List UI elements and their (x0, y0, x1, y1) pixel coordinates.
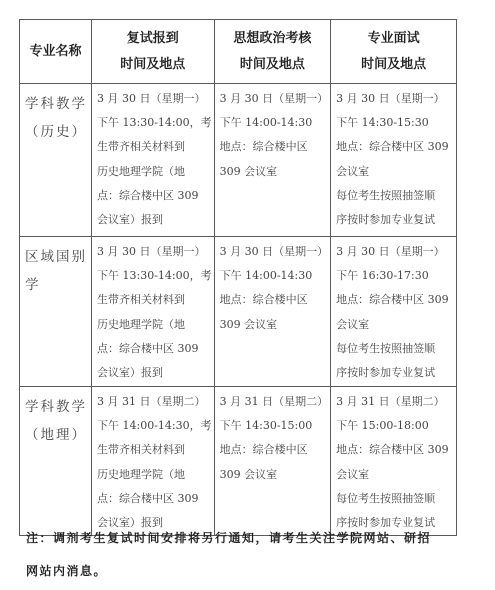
interview-time: 下午 15:00-18:00 (336, 414, 454, 438)
politics-room: 309 会议室 (220, 313, 329, 337)
interview-room: 会议室 (336, 463, 454, 487)
interview-instruction: 序按时参加专业复试 (336, 208, 454, 232)
politics-cell: 3 月 30 日（星期一） 下午 14:00-14:30 地点：综合楼中区 30… (214, 237, 331, 387)
interview-instruction: 每位考生按照抽签顺 (336, 337, 454, 361)
interview-instruction: 序按时参加专业复试 (336, 361, 454, 385)
interview-cell: 3 月 30 日（星期一） 下午 14:30-15:30 地点：综合楼中区 30… (331, 84, 457, 237)
major-cell: 学科教学 （历史） (20, 84, 92, 237)
header-interview: 专业面试 时间及地点 (331, 20, 457, 84)
politics-date: 3 月 31 日（星期二） (220, 390, 329, 414)
interview-date: 3 月 31 日（星期二） (336, 390, 454, 414)
checkin-date: 3 月 30 日（星期一） (97, 87, 212, 111)
table-row: 学科教学 （历史） 3 月 30 日（星期一） 下午 13:30-14:00，考… (20, 84, 457, 237)
politics-location: 地点：综合楼中区 (220, 135, 329, 159)
politics-cell: 3 月 31 日（星期二） 下午 14:30-15:00 地点：综合楼中区 30… (214, 387, 331, 536)
interview-cell: 3 月 30 日（星期一） 下午 16:30-17:30 地点：综合楼中区 30… (331, 237, 457, 387)
interview-date: 3 月 30 日（星期一） (336, 240, 454, 264)
interview-time: 下午 14:30-15:30 (336, 111, 454, 135)
footnote-line: 注：调剂考生复试时间安排将另行通知，请考生关注学院网站、研招 (26, 522, 466, 555)
checkin-line: 生带齐相关材料到 (97, 438, 212, 462)
major-cell: 学科教学 （地理） (20, 387, 92, 536)
checkin-date: 3 月 31 日（星期二） (97, 390, 212, 414)
checkin-cell: 3 月 30 日（星期一） 下午 13:30-14:00，考 生带齐相关材料到 … (92, 84, 215, 237)
header-checkin-subtitle: 时间及地点 (92, 52, 214, 78)
checkin-date: 3 月 30 日（星期一） (97, 240, 212, 264)
politics-date: 3 月 30 日（星期一） (220, 87, 329, 111)
header-politics: 思想政治考核 时间及地点 (214, 20, 331, 84)
header-major-label: 专业名称 (29, 44, 81, 59)
checkin-line: 点：综合楼中区 309 (97, 487, 212, 511)
checkin-line: 生带齐相关材料到 (97, 135, 212, 159)
checkin-line: 点：综合楼中区 309 (97, 184, 212, 208)
checkin-line: 下午 14:00-14:30，考 (97, 414, 212, 438)
interview-location: 地点：综合楼中区 309 (336, 135, 454, 159)
politics-cell: 3 月 30 日（星期一） 下午 14:00-14:30 地点：综合楼中区 30… (214, 84, 331, 237)
politics-location: 地点：综合楼中区 (220, 288, 329, 312)
checkin-line: 会议室）报到 (97, 361, 212, 385)
checkin-line: 历史地理学院（地 (97, 160, 212, 184)
major-subname: 学 (25, 271, 88, 299)
footnote-line: 网站内消息。 (26, 555, 466, 588)
checkin-line: 下午 13:30-14:00，考 (97, 111, 212, 135)
checkin-line: 点：综合楼中区 309 (97, 337, 212, 361)
schedule-table: 专业名称 复试报到 时间及地点 思想政治考核 时间及地点 专业面试 时间及地点 … (19, 19, 457, 536)
header-checkin: 复试报到 时间及地点 (92, 20, 215, 84)
header-row: 专业名称 复试报到 时间及地点 思想政治考核 时间及地点 专业面试 时间及地点 (20, 20, 457, 84)
footnote: 注：调剂考生复试时间安排将另行通知，请考生关注学院网站、研招 网站内消息。 (26, 522, 466, 588)
politics-location: 地点：综合楼中区 (220, 438, 329, 462)
major-subname: （历史） (25, 118, 88, 146)
major-name: 学科教学 (25, 90, 88, 118)
interview-location: 地点：综合楼中区 309 (336, 438, 454, 462)
politics-date: 3 月 30 日（星期一） (220, 240, 329, 264)
interview-location: 地点：综合楼中区 309 (336, 288, 454, 312)
interview-instruction: 每位考生按照抽签顺 (336, 487, 454, 511)
checkin-line: 历史地理学院（地 (97, 463, 212, 487)
interview-instruction: 每位考生按照抽签顺 (336, 184, 454, 208)
politics-time: 下午 14:00-14:30 (220, 111, 329, 135)
interview-room: 会议室 (336, 160, 454, 184)
major-cell: 区域国别 学 (20, 237, 92, 387)
table-row: 学科教学 （地理） 3 月 31 日（星期二） 下午 14:00-14:30，考… (20, 387, 457, 536)
checkin-line: 会议室）报到 (97, 208, 212, 232)
interview-room: 会议室 (336, 313, 454, 337)
interview-time: 下午 16:30-17:30 (336, 264, 454, 288)
checkin-cell: 3 月 30 日（星期一） 下午 13:30-14:00，考 生带齐相关材料到 … (92, 237, 215, 387)
checkin-line: 生带齐相关材料到 (97, 288, 212, 312)
checkin-cell: 3 月 31 日（星期二） 下午 14:00-14:30，考 生带齐相关材料到 … (92, 387, 215, 536)
politics-room: 309 会议室 (220, 463, 329, 487)
header-checkin-title: 复试报到 (92, 26, 214, 52)
checkin-line: 历史地理学院（地 (97, 313, 212, 337)
politics-time: 下午 14:00-14:30 (220, 264, 329, 288)
major-subname: （地理） (25, 421, 88, 449)
header-major: 专业名称 (20, 20, 92, 84)
major-name: 学科教学 (25, 393, 88, 421)
checkin-line: 下午 13:30-14:00，考 (97, 264, 212, 288)
interview-date: 3 月 30 日（星期一） (336, 87, 454, 111)
header-interview-title: 专业面试 (331, 26, 456, 52)
header-politics-subtitle: 时间及地点 (215, 52, 331, 78)
header-politics-title: 思想政治考核 (215, 26, 331, 52)
table-row: 区域国别 学 3 月 30 日（星期一） 下午 13:30-14:00，考 生带… (20, 237, 457, 387)
politics-time: 下午 14:30-15:00 (220, 414, 329, 438)
politics-room: 309 会议室 (220, 160, 329, 184)
header-interview-subtitle: 时间及地点 (331, 52, 456, 78)
interview-cell: 3 月 31 日（星期二） 下午 15:00-18:00 地点：综合楼中区 30… (331, 387, 457, 536)
major-name: 区域国别 (25, 243, 88, 271)
